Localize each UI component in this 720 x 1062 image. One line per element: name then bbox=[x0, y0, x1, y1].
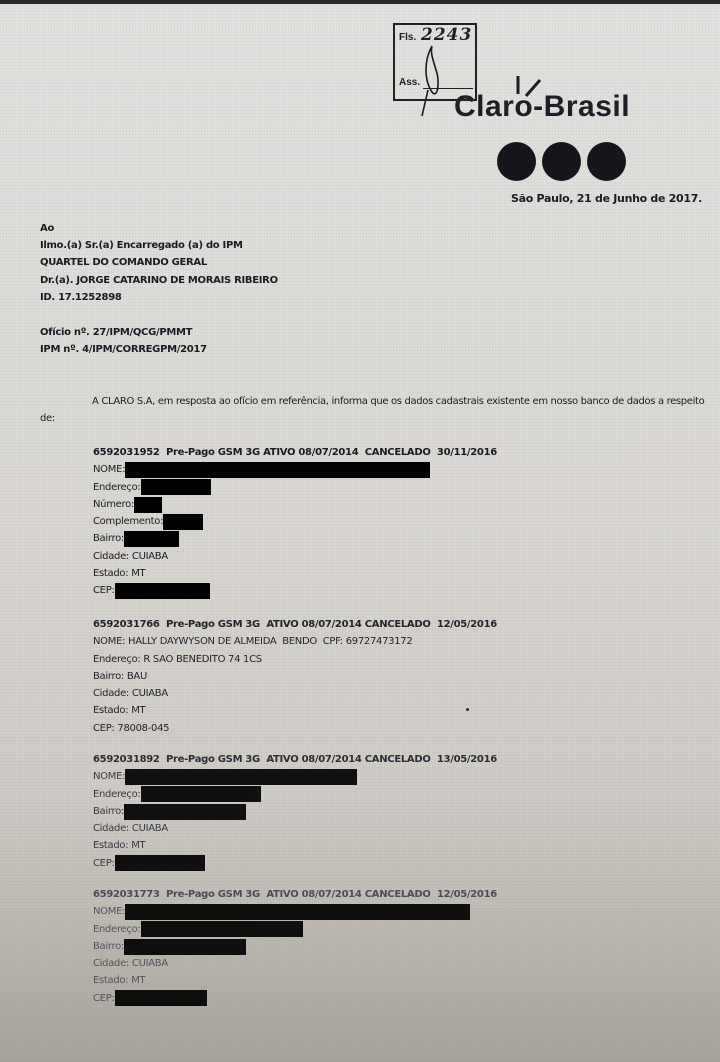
certification-seal-icon bbox=[587, 142, 626, 181]
field-label: Cidade: bbox=[93, 955, 129, 972]
field-label: Cidade: bbox=[93, 685, 129, 702]
record-field: Número: bbox=[93, 496, 497, 513]
field-label: Endereço: bbox=[93, 479, 141, 496]
addressee-line: Ilmo.(a) Sr.(a) Encarregado (a) do IPM bbox=[40, 237, 278, 254]
redaction-bar bbox=[115, 855, 205, 871]
redaction-bar bbox=[124, 804, 246, 820]
certification-seals bbox=[497, 142, 626, 181]
photo-top-edge bbox=[0, 0, 720, 4]
oficio-number: Ofício nº. 27/IPM/QCG/PMMT bbox=[40, 324, 207, 341]
subscriber-record: 6592031952 Pre-Pago GSM 3G ATIVO 08/07/2… bbox=[93, 444, 497, 600]
field-value: 78008-045 bbox=[115, 720, 170, 737]
addressee-line: Dr.(a). JORGE CATARINO DE MORAIS RIBEIRO bbox=[40, 272, 278, 289]
field-label: CEP: bbox=[93, 582, 115, 599]
record-header: 6592031952 Pre-Pago GSM 3G ATIVO 08/07/2… bbox=[93, 444, 497, 461]
record-field: NOME: HALLY DAYWYSON DE ALMEIDA BENDO CP… bbox=[93, 633, 497, 650]
subscriber-record: 6592031892 Pre-Pago GSM 3G ATIVO 08/07/2… bbox=[93, 751, 497, 872]
field-label: Estado: bbox=[93, 702, 128, 719]
record-field: Cidade: CUIABA bbox=[93, 955, 497, 972]
record-field: Cidade: CUIABA bbox=[93, 820, 497, 837]
record-field: Bairro: BAU bbox=[93, 668, 497, 685]
redaction-bar bbox=[141, 479, 211, 495]
record-field: CEP: bbox=[93, 582, 497, 599]
certification-seal-icon bbox=[497, 142, 536, 181]
record-field: Cidade: CUIABA bbox=[93, 548, 497, 565]
field-label: Bairro: bbox=[93, 803, 124, 820]
record-header: 6592031892 Pre-Pago GSM 3G ATIVO 08/07/2… bbox=[93, 751, 497, 768]
field-label: Estado: bbox=[93, 565, 128, 582]
record-field: CEP: bbox=[93, 990, 497, 1007]
redaction-bar bbox=[115, 583, 210, 599]
field-label: Endereço: bbox=[93, 921, 141, 938]
field-label: Bairro: bbox=[93, 938, 124, 955]
redaction-bar bbox=[125, 769, 357, 785]
field-value: CUIABA bbox=[129, 548, 168, 565]
field-value: MT bbox=[128, 837, 145, 854]
letter-date: São Paulo, 21 de Junho de 2017. bbox=[511, 192, 702, 205]
company-logo: Claro-Brasil bbox=[454, 90, 630, 124]
field-value: CUIABA bbox=[129, 685, 168, 702]
field-label: Complemento: bbox=[93, 513, 163, 530]
field-value: R SAO BENEDITO 74 1CS bbox=[141, 651, 262, 668]
field-label: Bairro: bbox=[93, 530, 124, 547]
redaction-bar bbox=[141, 786, 261, 802]
subscriber-record: 6592031773 Pre-Pago GSM 3G ATIVO 08/07/2… bbox=[93, 886, 497, 1007]
redaction-bar bbox=[125, 904, 470, 920]
field-label: Número: bbox=[93, 496, 134, 513]
redaction-bar bbox=[115, 990, 207, 1006]
field-value: HALLY DAYWYSON DE ALMEIDA BENDO CPF: 697… bbox=[125, 633, 412, 650]
field-label: Endereço: bbox=[93, 651, 141, 668]
field-value: MT bbox=[128, 565, 145, 582]
speck bbox=[466, 708, 469, 711]
ipm-number: IPM nº. 4/IPM/CORREGPM/2017 bbox=[40, 341, 207, 358]
field-value: MT bbox=[128, 702, 145, 719]
field-value: CUIABA bbox=[129, 820, 168, 837]
record-field: Endereço: bbox=[93, 921, 497, 938]
field-label: Endereço: bbox=[93, 786, 141, 803]
field-label: Estado: bbox=[93, 837, 128, 854]
intro-paragraph: A CLARO S.A, em resposta ao ofício em re… bbox=[40, 393, 712, 427]
field-label: NOME: bbox=[93, 461, 125, 478]
record-field: Endereço: bbox=[93, 479, 497, 496]
redaction-bar bbox=[125, 462, 430, 478]
addressee-line: ID. 17.1252898 bbox=[40, 289, 278, 306]
addressee-block: Ao Ilmo.(a) Sr.(a) Encarregado (a) do IP… bbox=[40, 220, 278, 306]
record-field: Bairro: bbox=[93, 938, 497, 955]
record-field: NOME: bbox=[93, 903, 497, 920]
redaction-bar bbox=[124, 531, 179, 547]
record-header: 6592031773 Pre-Pago GSM 3G ATIVO 08/07/2… bbox=[93, 886, 497, 903]
record-header: 6592031766 Pre-Pago GSM 3G ATIVO 08/07/2… bbox=[93, 616, 497, 633]
field-label: CEP: bbox=[93, 855, 115, 872]
record-field: CEP: 78008-045 bbox=[93, 720, 497, 737]
certification-seal-icon bbox=[542, 142, 581, 181]
record-field: Estado: MT bbox=[93, 702, 497, 719]
intro-text: A CLARO S.A, em resposta ao ofício em re… bbox=[40, 396, 704, 424]
record-field: Endereço: R SAO BENEDITO 74 1CS bbox=[93, 651, 497, 668]
redaction-bar bbox=[141, 921, 303, 937]
field-label: CEP: bbox=[93, 720, 115, 737]
record-field: CEP: bbox=[93, 855, 497, 872]
field-label: Bairro: bbox=[93, 668, 124, 685]
field-value: BAU bbox=[124, 668, 147, 685]
record-field: NOME: bbox=[93, 461, 497, 478]
reference-block: Ofício nº. 27/IPM/QCG/PMMT IPM nº. 4/IPM… bbox=[40, 324, 207, 358]
addressee-line: Ao bbox=[40, 220, 278, 237]
field-label: Cidade: bbox=[93, 548, 129, 565]
record-field: Endereço: bbox=[93, 786, 497, 803]
field-label: NOME: bbox=[93, 903, 125, 920]
stamp-ass-label: Ass. bbox=[399, 77, 420, 88]
field-label: NOME: bbox=[93, 633, 125, 650]
record-field: Bairro: bbox=[93, 803, 497, 820]
field-label: NOME: bbox=[93, 768, 125, 785]
record-field: NOME: bbox=[93, 768, 497, 785]
field-label: Cidade: bbox=[93, 820, 129, 837]
record-field: Bairro: bbox=[93, 530, 497, 547]
field-value: CUIABA bbox=[129, 955, 168, 972]
redaction-bar bbox=[124, 939, 246, 955]
addressee-line: QUARTEL DO COMANDO GERAL bbox=[40, 254, 278, 271]
stamp-fls-label: Fls. bbox=[399, 32, 416, 43]
field-label: CEP: bbox=[93, 990, 115, 1007]
redaction-bar bbox=[134, 497, 162, 513]
record-field: Estado: MT bbox=[93, 837, 497, 854]
subscriber-record: 6592031766 Pre-Pago GSM 3G ATIVO 08/07/2… bbox=[93, 616, 497, 737]
record-field: Complemento: bbox=[93, 513, 497, 530]
record-field: Cidade: CUIABA bbox=[93, 685, 497, 702]
field-value: MT bbox=[128, 972, 145, 989]
redaction-bar bbox=[163, 514, 203, 530]
record-field: Estado: MT bbox=[93, 972, 497, 989]
record-field: Estado: MT bbox=[93, 565, 497, 582]
field-label: Estado: bbox=[93, 972, 128, 989]
